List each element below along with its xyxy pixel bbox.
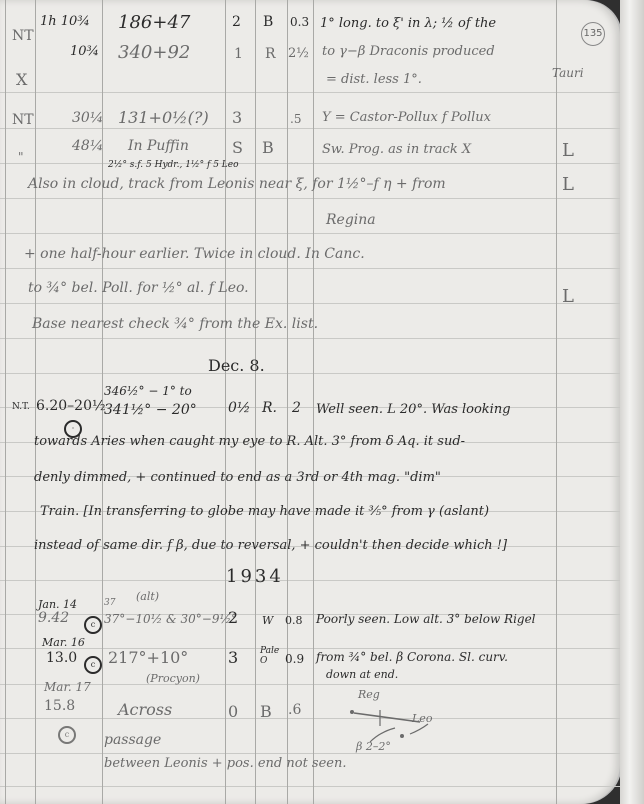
entry-duration: 2½ xyxy=(288,46,309,61)
note-line: Regina xyxy=(326,212,376,228)
note-line: towards Aries when caught my eye to R. A… xyxy=(34,434,465,449)
entry-time: 1h 10¾ xyxy=(40,14,90,29)
entry-time: 30¼ xyxy=(72,110,103,126)
entry-magnitude: 3 xyxy=(228,648,238,667)
entry-magnitude: 3 xyxy=(232,108,242,127)
column-rule xyxy=(255,0,256,804)
entry-position-start: 346½° − 1° to xyxy=(104,384,192,398)
entry-magnitude: 0½ xyxy=(228,400,250,416)
note-side-mark: L xyxy=(562,174,574,195)
ruled-line xyxy=(0,198,620,199)
column-rule xyxy=(5,0,6,804)
entry-position: 37°−10½ & 30°−9½° xyxy=(104,612,237,626)
column-rule xyxy=(287,0,288,804)
date-heading: Dec. 8. xyxy=(208,356,265,375)
entry-magnitude: S xyxy=(232,138,243,157)
ruled-line xyxy=(0,684,620,685)
sketch-label: β 2–2° xyxy=(356,740,391,753)
entry-remarks: passage xyxy=(104,732,161,748)
entry-mark: N.T. xyxy=(12,402,30,412)
entry-remarks-cont: between Leonis + pos. end not seen. xyxy=(104,756,347,771)
entry-remarks: Poorly seen. Low alt. 3° below Rigel xyxy=(316,612,536,626)
entry-color: R. xyxy=(262,400,277,416)
note-line: denly dimmed, + continued to end as a 3r… xyxy=(34,470,441,485)
page-number-stamp: 135 xyxy=(581,22,605,46)
ruled-line xyxy=(0,163,620,164)
entry-color: Pale O xyxy=(260,646,280,666)
note-line: instead of same dir. f β, due to reversa… xyxy=(34,538,507,553)
entry-position: 217°+10° xyxy=(108,648,188,667)
note-line: + one half-hour earlier. Twice in cloud.… xyxy=(24,246,365,262)
sun-symbol-icon: c xyxy=(84,652,102,674)
page-edge xyxy=(620,0,644,804)
column-rule xyxy=(313,0,314,804)
ruled-line xyxy=(0,753,620,754)
entry-mark: NT xyxy=(12,28,34,44)
entry-magnitude: 2 xyxy=(232,14,241,30)
entry-time: 10¾ xyxy=(70,44,99,59)
entry-remarks: Y = Castor-Pollux f Pollux xyxy=(322,110,491,125)
entry-position: 186+47 xyxy=(118,12,190,33)
sun-symbol-icon: c xyxy=(84,612,102,634)
entry-duration: 2 xyxy=(292,400,301,416)
ruled-line xyxy=(0,373,620,374)
entry-mark: " xyxy=(18,150,24,164)
note-line: Also in cloud, track from Leonis near ξ,… xyxy=(28,176,446,192)
column-rule xyxy=(225,0,226,804)
entry-position: In Puffin xyxy=(128,138,189,154)
ruled-line xyxy=(0,92,620,93)
note-side-mark: L xyxy=(562,286,574,307)
notebook-page: 135 NT 1h 10¾ 186+47 2 B 0.3 1° long. to… xyxy=(0,0,644,804)
entry-magnitude: 0 xyxy=(228,702,238,721)
entry-time: 48¼ xyxy=(72,138,103,154)
entry-color: B xyxy=(262,138,274,157)
column-rule xyxy=(556,0,557,804)
sun-symbol-icon: c xyxy=(58,722,76,744)
entry-color: R xyxy=(265,46,276,62)
entry-position-end: 341½° − 20° xyxy=(104,402,197,418)
entry-magnitude: 2 xyxy=(228,608,238,627)
entry-remarks: Sw. Prog. as in track X xyxy=(322,142,471,157)
entry-alt-note: (alt) xyxy=(136,590,159,603)
entry-time: 13.0 xyxy=(46,650,77,666)
entry-color: B xyxy=(260,702,272,721)
sketch-label: Leo xyxy=(412,712,432,725)
entry-position-superscript: 37 xyxy=(104,598,115,608)
sub-note: 2½° s.f. 5 Hydr., 1½° f 5 Leo xyxy=(108,160,239,170)
entry-mark: X xyxy=(16,70,27,89)
ruled-line xyxy=(0,786,620,787)
entry-remarks: Well seen. L 20°. Was looking xyxy=(316,402,511,417)
entry-time: 9.42 xyxy=(38,610,69,626)
ruled-line xyxy=(0,580,620,581)
entry-date: Mar. 17 xyxy=(44,680,91,694)
sketch-label: Reg xyxy=(358,688,380,701)
note-line: to ¾° bel. Poll. for ½° al. f Leo. xyxy=(28,280,249,296)
ruled-line xyxy=(0,303,620,304)
entry-duration: 0.9 xyxy=(285,652,304,666)
year-heading: 1934 xyxy=(226,566,284,587)
entry-position: 340+92 xyxy=(118,42,190,63)
entry-position: 131+0½(?) xyxy=(118,108,209,127)
entry-color: W xyxy=(262,614,273,627)
entry-duration: 0.8 xyxy=(285,614,303,627)
entry-color: B xyxy=(263,14,273,30)
entry-mark: NT xyxy=(12,112,34,128)
entry-remarks: from ¾° bel. β Corona. Sl. curv. xyxy=(316,650,508,664)
entry-remarks: = dist. less 1°. xyxy=(326,72,422,87)
entry-magnitude: 1 xyxy=(234,46,243,62)
entry-side-note: L xyxy=(562,140,574,161)
entry-time: 6.20–20½ xyxy=(36,398,106,414)
entry-date: Mar. 16 xyxy=(42,636,85,649)
entry-duration: .5 xyxy=(290,112,301,126)
entry-position: Across xyxy=(118,700,172,719)
entry-remarks: 1° long. to ξ' in λ; ½ of the xyxy=(320,16,496,31)
entry-duration: .6 xyxy=(288,702,301,718)
entry-duration: 0.3 xyxy=(290,15,309,29)
ruled-line xyxy=(0,268,620,269)
entry-position-note: (Procyon) xyxy=(146,672,200,685)
ruled-line xyxy=(0,233,620,234)
entry-remarks: to γ−β Draconis produced xyxy=(322,44,495,59)
note-line: Train. [In transferring to globe may hav… xyxy=(40,504,489,519)
ruled-line xyxy=(0,718,620,719)
note-line: Base nearest check ¾° from the Ex. list. xyxy=(32,316,318,332)
entry-time: 15.8 xyxy=(44,698,75,714)
ruled-line xyxy=(0,128,620,129)
ruled-line xyxy=(0,338,620,339)
ruled-line xyxy=(0,648,620,649)
entry-side-note: Tauri xyxy=(552,66,584,80)
